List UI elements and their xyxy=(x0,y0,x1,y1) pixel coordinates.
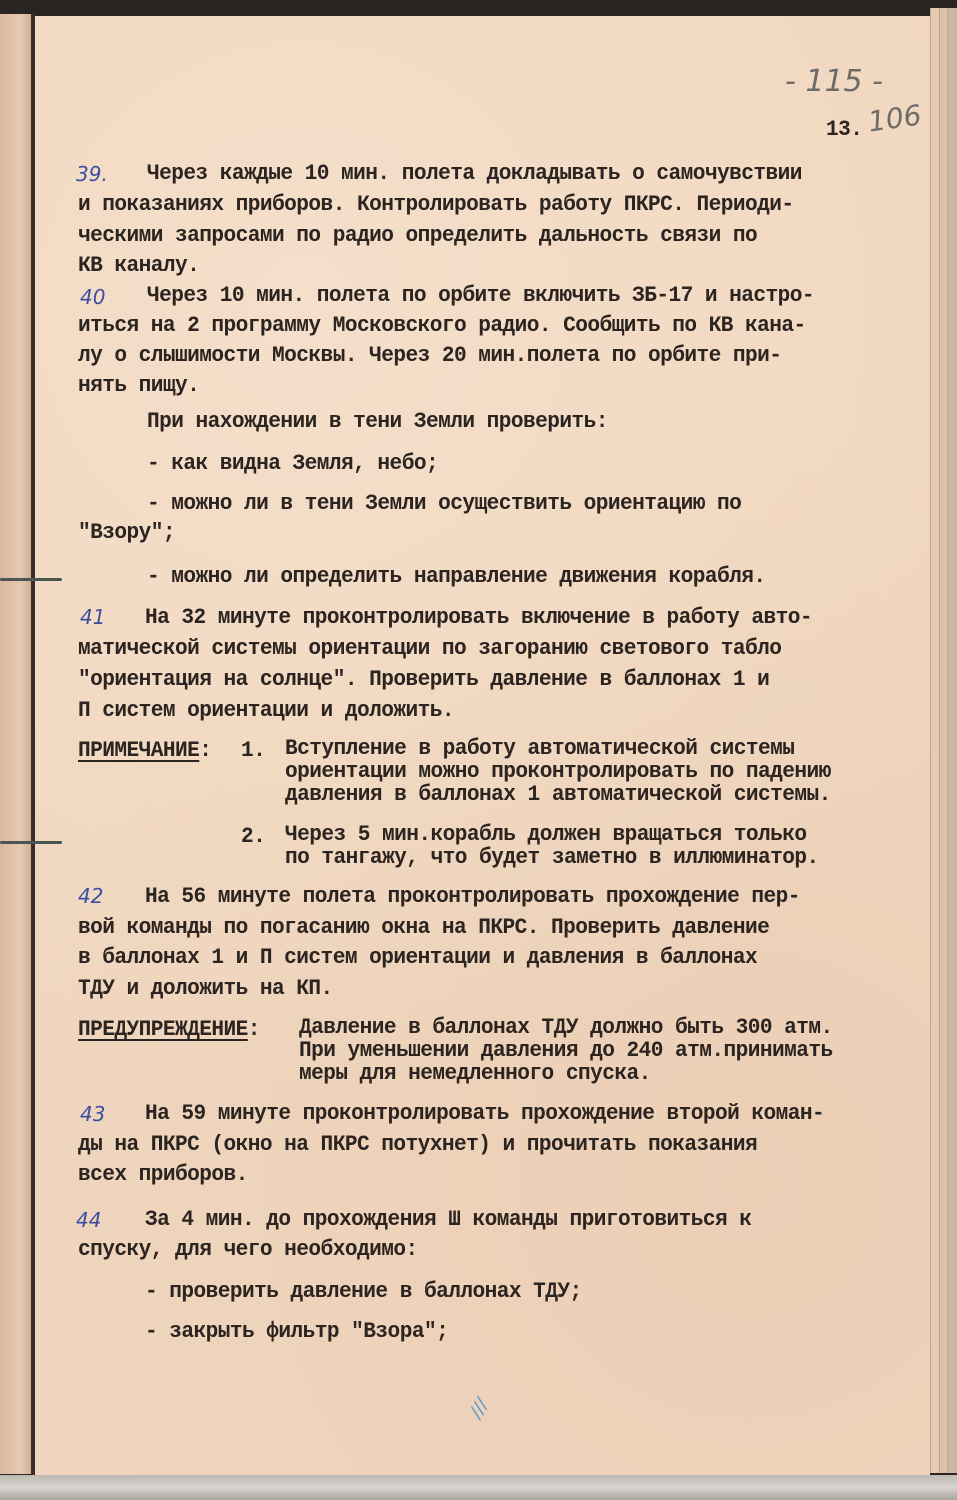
warning-label-text: ПРЕДУПРЕЖДЕНИЕ xyxy=(78,1016,248,1042)
warning-colon: : xyxy=(248,1016,260,1042)
text-line: лу о слышимости Москвы. Через 20 мин.пол… xyxy=(78,342,781,368)
warning-line: меры для немедленного спуска. xyxy=(299,1062,651,1084)
warning-label: ПРЕДУПРЕЖДЕНИЕ: xyxy=(78,1016,260,1042)
note-line: давления в баллонах 1 автоматической сис… xyxy=(285,783,831,805)
margin-number: 39. xyxy=(76,162,108,186)
subparagraph: При нахождении в тени Земли проверить: xyxy=(147,408,608,434)
margin-number: 41 xyxy=(80,605,105,629)
tissue-paper xyxy=(0,1475,957,1500)
warning-line: Давление в баллонах ТДУ должно быть 300 … xyxy=(299,1016,833,1038)
text-line: Через 10 мин. полета по орбите включить … xyxy=(147,282,814,308)
check-item: - можно ли в тени Земли осуществить орие… xyxy=(147,490,741,516)
text-line: Через каждые 10 мин. полета докладывать … xyxy=(147,160,802,186)
archive-number-pencil: - 115 - xyxy=(785,64,883,99)
text-line: иться на 2 программу Московского радио. … xyxy=(78,312,806,338)
check-item: - как видна Земля, небо; xyxy=(147,450,438,476)
note-line: Вступление в работу автоматической систе… xyxy=(285,737,794,759)
note-colon: : xyxy=(199,737,211,763)
text-line: ды на ПКРС (окно на ПКРС потухнет) и про… xyxy=(78,1131,757,1157)
check-item: - закрыть фильтр "Взора"; xyxy=(145,1318,448,1344)
text-line: На 56 минуте полета проконтролировать пр… xyxy=(145,883,800,909)
warning-line: При уменьшении давления до 240 атм.прини… xyxy=(299,1039,833,1061)
binding-thread xyxy=(0,578,62,581)
note-line: Через 5 мин.корабль должен вращаться тол… xyxy=(285,823,807,845)
check-item: "Взору"; xyxy=(78,519,175,545)
text-line: На 32 минуте проконтролировать включение… xyxy=(145,604,812,630)
text-line: вой команды по погасанию окна на ПКРС. П… xyxy=(78,914,769,940)
text-line: "ориентация на солнце". Проверить давлен… xyxy=(78,666,769,692)
note-label: ПРИМЕЧАНИЕ: xyxy=(78,737,211,763)
check-item: - можно ли определить направление движен… xyxy=(147,563,766,589)
text-line: КВ каналу. xyxy=(78,252,199,278)
page-stack-edge xyxy=(947,8,957,1473)
text-line: спуску, для чего необходимо: xyxy=(78,1236,418,1262)
binding-gutter xyxy=(31,14,35,1476)
typed-page-number: 13. xyxy=(826,116,862,142)
note-line: ориентации можно проконтролировать по па… xyxy=(285,760,831,782)
margin-number: 42 xyxy=(78,884,103,908)
text-line: ТДУ и доложить на КП. xyxy=(78,975,333,1001)
binding-thread xyxy=(0,841,62,844)
check-item: - проверить давление в баллонах ТДУ; xyxy=(145,1278,582,1304)
note-label-text: ПРИМЕЧАНИЕ xyxy=(78,737,199,763)
margin-number: 43 xyxy=(80,1102,105,1126)
text-line: всех приборов. xyxy=(78,1161,248,1187)
text-line: П систем ориентации и доложить. xyxy=(78,697,454,723)
left-page-edge xyxy=(0,14,34,1474)
text-line: На 59 минуте проконтролировать прохожден… xyxy=(145,1100,824,1126)
text-line: нять пищу. xyxy=(78,372,199,398)
margin-number: 40 xyxy=(80,285,105,309)
text-line: и показаниях приборов. Контролировать ра… xyxy=(78,191,794,217)
text-line: ческими запросами по радио определить да… xyxy=(78,222,757,248)
margin-number: 44 xyxy=(76,1208,101,1232)
text-line: За 4 мин. до прохождения Ш команды приго… xyxy=(145,1206,751,1232)
text-line: матической системы ориентации по загоран… xyxy=(78,635,781,661)
note-line: по тангажу, что будет заметно в иллюмина… xyxy=(285,846,819,868)
text-line: в баллонах 1 и П систем ориентации и дав… xyxy=(78,944,757,970)
note-number: 2. xyxy=(241,823,265,849)
note-number: 1. xyxy=(241,737,265,763)
